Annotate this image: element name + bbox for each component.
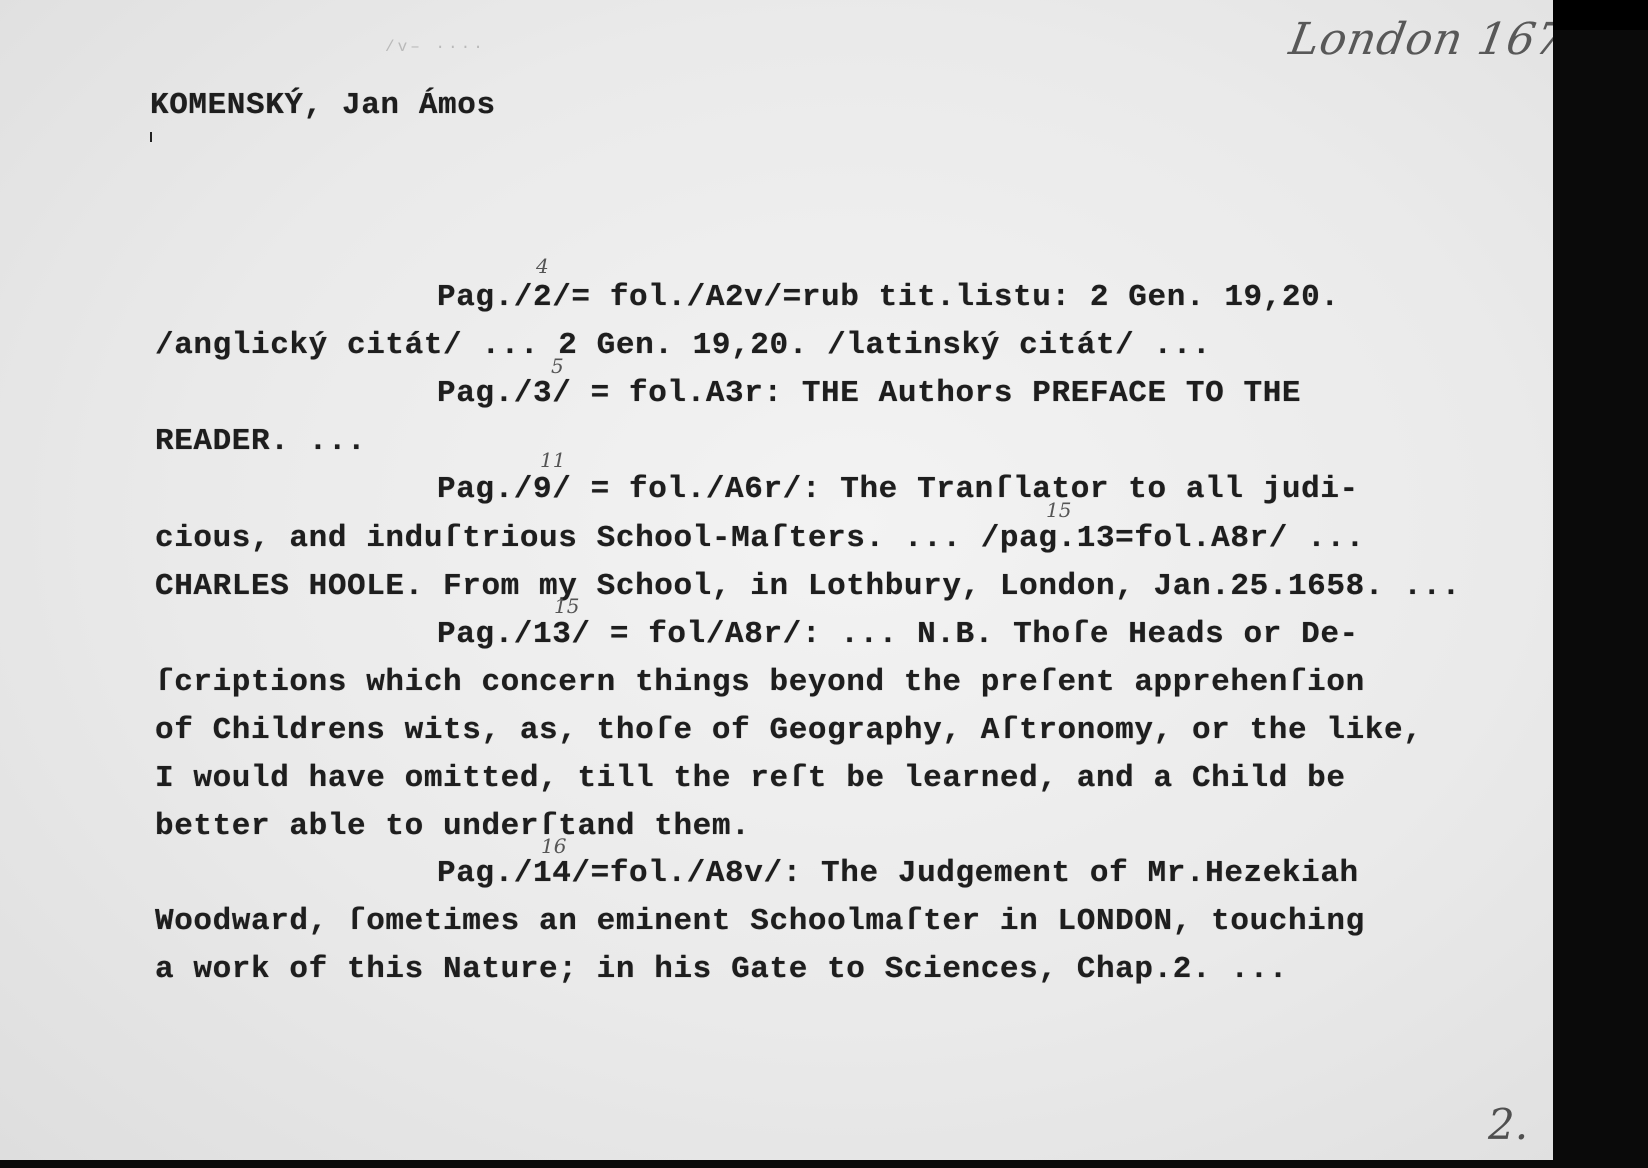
text-line-4: READER. ... bbox=[155, 424, 366, 459]
text-line-1: Pag./2/= fol./A2v/=rub tit.listu: 2 Gen.… bbox=[437, 280, 1340, 315]
text-line-14: Woodward, ſometimes an eminent Schoolmaſ… bbox=[155, 904, 1365, 939]
text-line-6: cious, and induſtrious School-Maſters. .… bbox=[155, 521, 1365, 556]
handwritten-place-date: London 1672 bbox=[1286, 14, 1553, 65]
handwritten-page-number: 2. bbox=[1488, 1100, 1528, 1149]
scan-border-right bbox=[1553, 0, 1648, 1168]
text-line-15: a work of this Nature; in his Gate to Sc… bbox=[155, 952, 1288, 987]
handwritten-annotation-4: 4 bbox=[536, 254, 549, 278]
text-line-10: of Childrens wits, as, thoſe of Geograph… bbox=[155, 713, 1422, 748]
handwritten-annotation-11: 11 bbox=[540, 448, 565, 472]
text-line-5: Pag./9/ = fol./A6r/: The Tranſlator to a… bbox=[437, 472, 1359, 507]
handwritten-annotation-16: 16 bbox=[541, 834, 566, 858]
text-line-7: CHARLES HOOLE. From my School, in Lothbu… bbox=[155, 569, 1461, 604]
handwritten-annotation-5: 5 bbox=[551, 354, 564, 378]
text-line-2: /anglický citát/ ... 2 Gen. 19,20. /lati… bbox=[155, 328, 1211, 363]
text-line-13: Pag./14/=fol./A8v/: The Judgement of Mr.… bbox=[437, 856, 1359, 891]
text-line-9: ſcriptions which concern things beyond t… bbox=[155, 665, 1365, 700]
card-header: KOMENSKÝ, Jan Ámos bbox=[150, 88, 496, 123]
handwritten-annotation-15b: 15 bbox=[554, 594, 579, 618]
scan-border-bottom bbox=[0, 1160, 1648, 1168]
scan-border-top-right bbox=[1553, 0, 1648, 30]
handwritten-annotation-15a: 15 bbox=[1046, 498, 1071, 522]
text-line-11: I would have omitted, till the reſt be l… bbox=[155, 761, 1346, 796]
text-line-12: better able to underſtand them. bbox=[155, 809, 750, 844]
margin-tick-mark bbox=[150, 132, 152, 142]
faint-stamp: /v– ···· bbox=[385, 38, 486, 56]
text-line-8: Pag./13/ = fol/A8r/: ... N.B. Thoſe Head… bbox=[437, 617, 1359, 652]
text-line-3: Pag./3/ = fol.A3r: THE Authors PREFACE T… bbox=[437, 376, 1301, 411]
catalog-card: /v– ···· London 1672 KOMENSKÝ, Jan Ámos … bbox=[0, 0, 1553, 1160]
